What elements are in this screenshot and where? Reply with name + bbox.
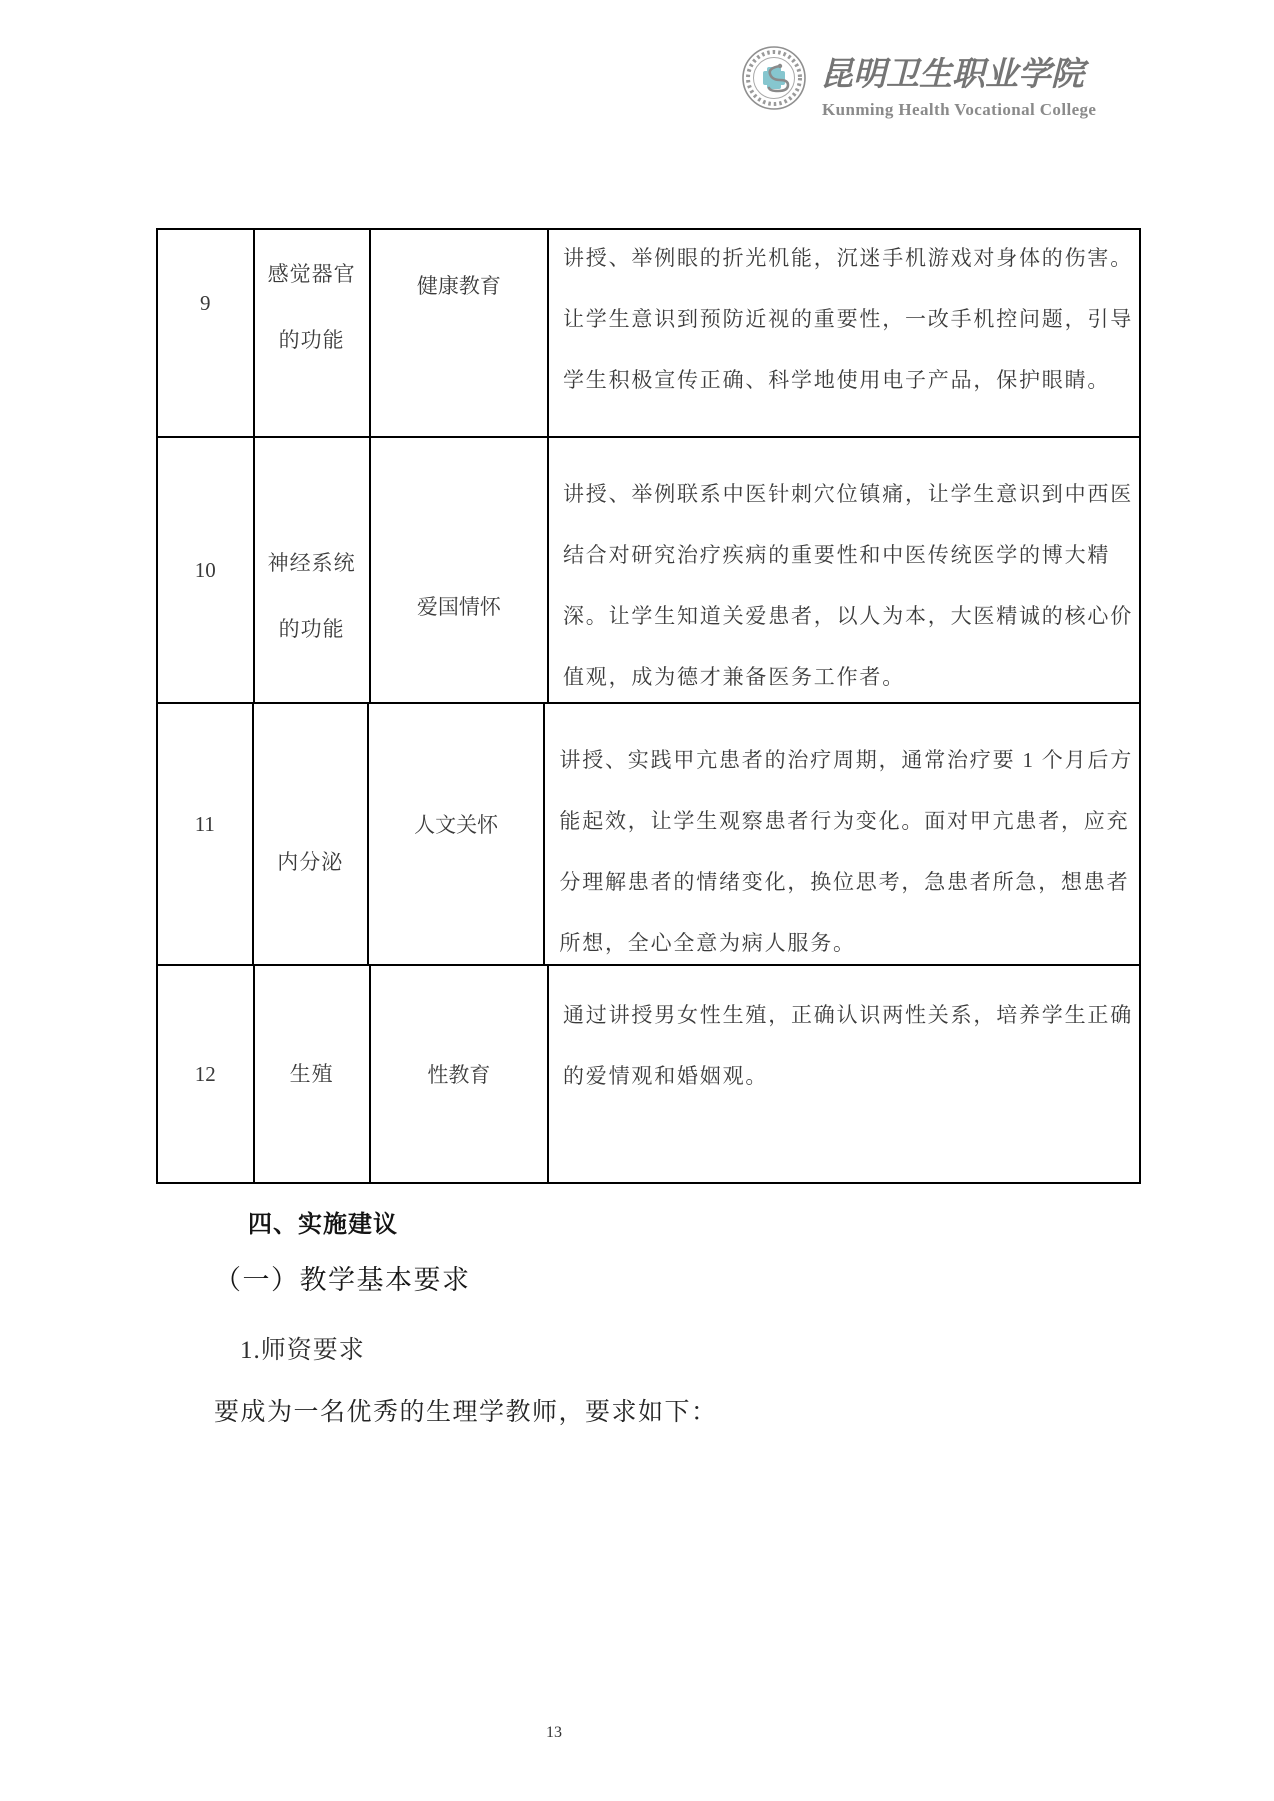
row-number: 9 — [200, 291, 211, 316]
topic-cell: 内分泌 — [252, 704, 367, 964]
content-cell: 讲授、举例眼的折光机能，沉迷手机游戏对身体的伤害。 让学生意识到预防近视的重要性… — [547, 230, 1139, 436]
theme-label: 性教育 — [427, 1059, 490, 1089]
body-paragraph: 要成为一名优秀的生理学教师，要求如下： — [214, 1392, 718, 1428]
content-line: 让学生意识到预防近视的重要性，一改手机控问题，引导 — [563, 289, 1133, 350]
topic-cell: 神经系统 的功能 — [253, 438, 369, 702]
content-cell: 讲授、实践甲亢患者的治疗周期，通常治疗要 1 个月后方 能起效，让学生观察患者行… — [543, 704, 1139, 964]
table-row: 10 神经系统 的功能 爱国情怀 讲授、举例联系中医针刺穴位镇痛，让学生意识到中… — [158, 436, 1139, 702]
content-line: 通过讲授男女性生殖，正确认识两性关系，培养学生正确 — [563, 985, 1133, 1046]
college-seal-icon — [740, 44, 808, 112]
content-line: 讲授、举例联系中医针刺穴位镇痛，让学生意识到中西医 — [563, 464, 1133, 525]
content-line: 学生积极宣传正确、科学地使用电子产品，保护眼睛。 — [563, 350, 1133, 411]
content-line: 讲授、实践甲亢患者的治疗周期，通常治疗要 1 个月后方 — [559, 730, 1133, 791]
content-line: 值观，成为德才兼备医务工作者。 — [563, 647, 1133, 708]
topic-line: 的功能 — [268, 307, 356, 373]
college-logo: 昆明卫生职业学院 Kunming Health Vocational Colle… — [740, 42, 1160, 132]
course-ideology-table: 9 感觉器官 的功能 健康教育 讲授、举例眼的折光机能，沉迷手机游戏对身体的伤害… — [156, 228, 1141, 1184]
theme-cell: 人文关怀 — [367, 704, 544, 964]
topic-line: 内分泌 — [277, 829, 343, 895]
row-number: 12 — [195, 1062, 216, 1087]
content-line: 能起效，让学生观察患者行为变化。面对甲亢患者，应充 — [559, 791, 1133, 852]
row-number: 10 — [195, 558, 216, 583]
theme-cell: 性教育 — [369, 966, 547, 1182]
college-name-en: Kunming Health Vocational College — [822, 100, 1096, 120]
content-line: 深。让学生知道关爱患者，以人为本，大医精诚的核心价 — [563, 586, 1133, 647]
theme-cell: 健康教育 — [369, 230, 547, 436]
topic-line: 生殖 — [290, 1041, 334, 1107]
row-number-cell: 11 — [158, 704, 252, 964]
section-heading-implementation: 四、实施建议 — [248, 1204, 398, 1239]
theme-label: 人文关怀 — [414, 809, 498, 839]
topic-line: 感觉器官 — [268, 241, 356, 307]
content-line: 分理解患者的情绪变化，换位思考，急患者所急，想患者 — [559, 852, 1133, 913]
content-line: 所想，全心全意为病人服务。 — [559, 913, 1133, 974]
subsection-heading-teacher-requirements: 1.师资要求 — [240, 1330, 365, 1366]
row-number: 11 — [195, 812, 215, 837]
topic-cell: 感觉器官 的功能 — [253, 230, 369, 436]
content-line: 结合对研究治疗疾病的重要性和中医传统医学的博大精 — [563, 525, 1133, 586]
topic-line: 的功能 — [268, 596, 356, 662]
college-name-zh: 昆明卫生职业学院 — [820, 48, 1084, 95]
theme-cell: 爱国情怀 — [369, 438, 547, 702]
topic-cell: 生殖 — [253, 966, 369, 1182]
table-row: 9 感觉器官 的功能 健康教育 讲授、举例眼的折光机能，沉迷手机游戏对身体的伤害… — [158, 230, 1139, 436]
theme-label: 爱国情怀 — [417, 591, 501, 621]
content-line: 的爱情观和婚姻观。 — [563, 1046, 1133, 1107]
row-number-cell: 9 — [158, 230, 253, 436]
row-number-cell: 12 — [158, 966, 253, 1182]
content-cell: 通过讲授男女性生殖，正确认识两性关系，培养学生正确 的爱情观和婚姻观。 — [547, 966, 1139, 1182]
content-line: 讲授、举例眼的折光机能，沉迷手机游戏对身体的伤害。 — [563, 228, 1133, 289]
page-number: 13 — [546, 1724, 562, 1742]
content-cell: 讲授、举例联系中医针刺穴位镇痛，让学生意识到中西医 结合对研究治疗疾病的重要性和… — [547, 438, 1139, 702]
topic-line: 神经系统 — [268, 530, 356, 596]
theme-label: 健康教育 — [417, 270, 501, 300]
row-number-cell: 10 — [158, 438, 253, 702]
subsection-heading-teaching-requirements: （一）教学基本要求 — [214, 1258, 471, 1297]
table-row: 12 生殖 性教育 通过讲授男女性生殖，正确认识两性关系，培养学生正确 的爱情观… — [158, 964, 1139, 1182]
table-row: 11 内分泌 人文关怀 讲授、实践甲亢患者的治疗周期，通常治疗要 1 个月后方 … — [158, 702, 1139, 964]
